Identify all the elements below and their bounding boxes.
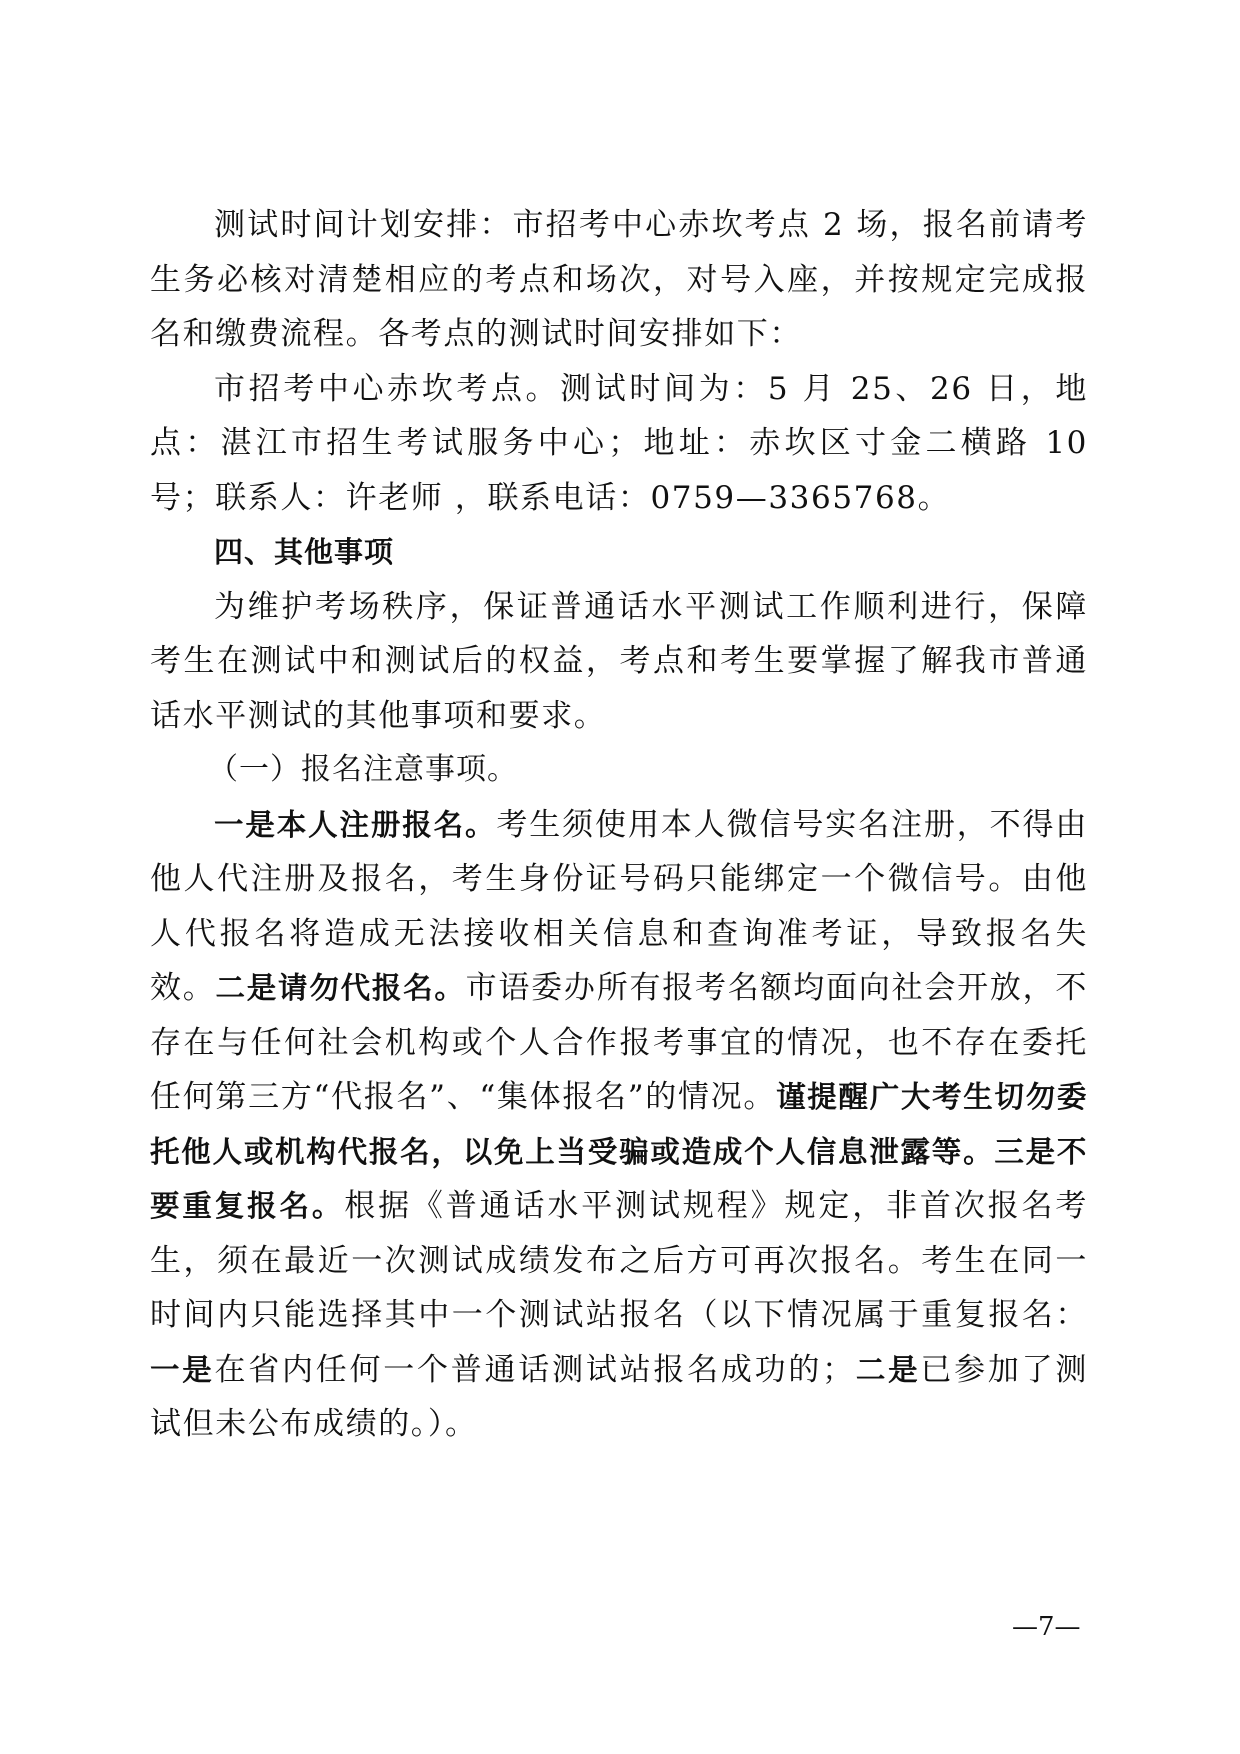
document-page: 测试时间计划安排：市招考中心赤坎考点 2 场，报名前请考生务必核对清楚相应的考点… <box>150 198 1088 1452</box>
section-heading-other-matters: 四、其他事项 <box>150 525 1088 580</box>
case-one-label: 一是 <box>150 1353 215 1387</box>
point-two-title: 二是请勿代报名。 <box>216 971 466 1005</box>
case-one-text: 在省内任何一个普通话测试站报名成功的； <box>215 1352 855 1388</box>
point-one-title: 一是本人注册报名。 <box>214 808 496 842</box>
registration-notice-paragraph: 一是本人注册报名。考生须使用本人微信号实名注册，不得由他人代注册及报名，考生身份… <box>150 798 1088 1452</box>
section-intro-paragraph: 为维护考场秩序，保证普通话水平测试工作顺利进行，保障考生在测试中和测试后的权益，… <box>150 580 1088 744</box>
test-site-detail-paragraph: 市招考中心赤坎考点。测试时间为：5 月 25、26 日，地点：湛江市招生考试服务… <box>150 362 1088 526</box>
schedule-intro-paragraph: 测试时间计划安排：市招考中心赤坎考点 2 场，报名前请考生务必核对清楚相应的考点… <box>150 198 1088 362</box>
case-two-label: 二是 <box>855 1353 921 1387</box>
page-number: —7— <box>1012 1612 1081 1642</box>
subsection-heading-registration-notes: （一）报名注意事项。 <box>150 743 1088 798</box>
